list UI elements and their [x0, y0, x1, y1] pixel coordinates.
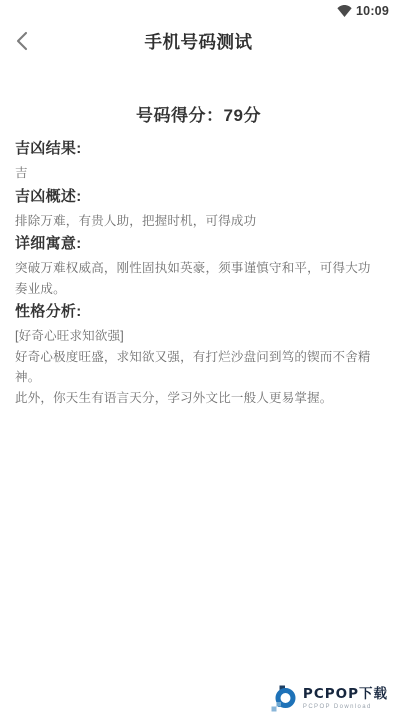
section-heading: 吉凶概述:: [15, 187, 382, 207]
section-heading: 性格分析:: [15, 302, 382, 322]
wifi-icon: [337, 5, 352, 18]
personality-tag: [好奇心旺求知欲强]: [15, 326, 382, 347]
section-personality: 性格分析: [好奇心旺求知欲强] 好奇心极度旺盛，求知欲又强，有打烂沙盘问到笃的…: [15, 302, 382, 408]
nav-bar: 手机号码测试: [0, 22, 397, 60]
section-heading: 详细寓意:: [15, 234, 382, 254]
section-detailed-meaning: 详细寓意: 突破万难权威高，刚性固执如英豪，须事谨慎守和平，可得大功奏业成。: [15, 234, 382, 299]
section-text: 好奇心极度旺盛，求知欲又强，有打烂沙盘问到笃的锲而不舍精神。: [15, 347, 382, 388]
score-line: 号码得分：79分: [15, 101, 382, 126]
section-luck-result: 吉凶结果: 吉: [15, 139, 382, 184]
section-text: 吉: [15, 163, 382, 184]
pcpop-logo-icon: [270, 685, 298, 713]
watermark-brand: PCPOP下载: [303, 688, 388, 702]
status-time: 10:09: [356, 4, 391, 18]
back-button[interactable]: [6, 22, 40, 60]
result-content: 号码得分：79分 吉凶结果: 吉 吉凶概述: 排除万难，有贵人助，把握时机，可得…: [0, 101, 397, 408]
section-heading: 吉凶结果:: [15, 139, 382, 159]
watermark-subtitle: PCPOP Download: [303, 704, 388, 710]
section-luck-summary: 吉凶概述: 排除万难，有贵人助，把握时机，可得成功: [15, 187, 382, 232]
section-text: 排除万难，有贵人助，把握时机，可得成功: [15, 211, 382, 232]
status-bar: 10:09: [0, 0, 397, 22]
section-text: 突破万难权威高，刚性固执如英豪，须事谨慎守和平，可得大功奏业成。: [15, 258, 382, 299]
chevron-left-icon: [13, 30, 33, 52]
page-title: 手机号码测试: [145, 29, 253, 54]
section-text: 此外，你天生有语言天分，学习外文比一般人更易掌握。: [15, 388, 382, 409]
pcpop-watermark: PCPOP下载 PCPOP Download: [266, 683, 392, 715]
